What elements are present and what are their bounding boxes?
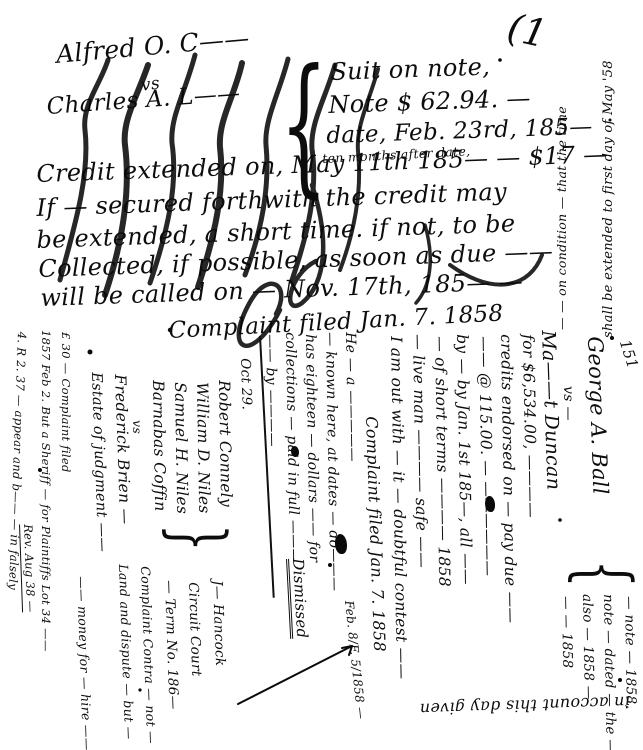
case1-suit-line: note — dated — the —: [601, 594, 617, 750]
case2-defendant: Frederick Brien —: [112, 374, 133, 525]
case2-margin-entry: 1857 Feb 2. But a Sheriff — for Plaintif…: [40, 330, 52, 652]
case2-plaintiff: William D. Niles: [194, 382, 212, 514]
case2-note-line: Estate of judgment ——: [89, 372, 110, 552]
case1-body-line: for $6,534.00, ————: [520, 334, 539, 518]
case2-court-line: Circuit Court: [186, 582, 203, 677]
case1-body-line: — of short terms ———— 1858: [432, 336, 452, 587]
case2-margin-entry: £ 30 — Complaint filed: [60, 332, 72, 473]
case2-docket-date: Oct 29.: [238, 358, 253, 410]
case1-body-line: —— @ 115.00. — ——————: [476, 336, 496, 576]
dismissed-annotation: Dismissed: [286, 558, 309, 639]
case1-suit-line: also — 1858 —: [580, 594, 595, 700]
ink-blot: [485, 496, 495, 512]
case1-suit-line: — — 1858: [559, 596, 574, 669]
case1-extra-line: has eighteen — dollars —— for: [303, 334, 321, 563]
case1-extra-line: He — a —————: [343, 332, 359, 462]
case2-brace: }: [163, 524, 235, 551]
case2-note-line: Complaint Contra — not —: [139, 566, 158, 744]
ink-blot: [291, 446, 299, 457]
case2-plaintiff: Samuel H. Niles: [172, 382, 190, 514]
case1-brace: {: [569, 560, 641, 587]
case2-note-line: —— money for — hire ——: [75, 576, 94, 750]
case1-complaint-filed: Complaint filed Jan. 7. 1858: [363, 416, 387, 652]
rotated-page: 151 George A. Ball vs — Ma——t Duncan { —…: [0, 328, 643, 750]
case2-margin-entry: Rev. Aug 38 —: [20, 524, 37, 613]
case2-plaintiff: Robert Connely: [216, 380, 234, 507]
case1-versus: vs —: [561, 386, 575, 421]
case1-body-line: — live man ———— safe ——: [410, 334, 430, 568]
diagonal-overwriting: [30, 25, 570, 325]
case1-body-line: credits endorsed on — pay due ——: [498, 334, 519, 623]
rotated-page-content: 151 George A. Ball vs — Ma——t Duncan { —…: [0, 328, 643, 750]
case2-plaintiff: Barnabas Coffin: [150, 380, 168, 512]
page-number: 151: [617, 338, 640, 371]
case2-court-line: — Term No. 186—: [162, 580, 180, 710]
case1-plaintiff: George A. Ball: [584, 336, 611, 495]
case1-body-line: by — by Jan. 1st 185—, all ——: [454, 334, 474, 585]
case2-court-line: J— Hancock: [210, 580, 226, 667]
case1-defendant: Ma——t Duncan: [538, 330, 563, 491]
document-scan: Alfred O. C—— vs Charles A. L—— { Suit o…: [0, 0, 643, 750]
margin-note-outer: shall be extended to first day of May '5…: [602, 18, 615, 338]
ink-blot: [335, 534, 347, 554]
case1-body-line: I am out with — it — doubtful contest ——: [388, 336, 409, 679]
case2-versus: vs: [131, 420, 144, 434]
case2-note-line: Land and dispute — but —: [117, 564, 136, 740]
